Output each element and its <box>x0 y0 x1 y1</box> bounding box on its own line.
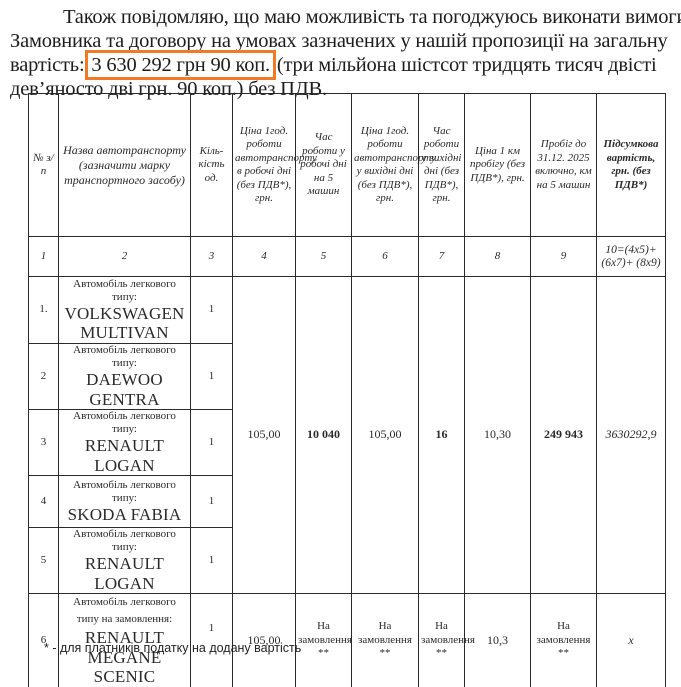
row-no: 4 <box>29 476 59 528</box>
col-num-9: 9 <box>531 237 597 277</box>
amount-in-words: (три мільйона шістсот тридцять тисяч дві… <box>277 54 657 76</box>
order-mileage: На замовлення ** <box>531 594 597 687</box>
header-price-hour-weekend: Ціна 1год. роботи автотранспорту у вихід… <box>352 94 419 237</box>
footnote: * - для платників податку на додану варт… <box>44 641 301 655</box>
header-total: Підсумкова вартість, грн. (без ПДВ*) <box>597 94 666 237</box>
intro-paragraph: Також повідомляю, що маю можливість та п… <box>10 0 662 101</box>
vehicle-name: Автомобіль легкового типу: VOLKSWAGEN MU… <box>59 277 191 344</box>
group-price-hour-workday: 105,00 <box>233 277 296 594</box>
vehicle-model: RENAULT MEGANE SCENIC <box>85 628 164 686</box>
intro-line-3: вартість: 3 630 292 грн 90 коп. (три міл… <box>10 53 662 77</box>
vehicle-qty: 1 <box>191 528 233 594</box>
group-price-km: 10,30 <box>465 277 531 594</box>
price-table: № з/ п Назва автотранспорту (зазначити м… <box>28 93 666 687</box>
row-no: 3 <box>29 410 59 476</box>
vehicle-qty: 1 <box>191 476 233 528</box>
vehicle-model: RENAULT LOGAN <box>85 436 164 475</box>
col-num-4: 4 <box>233 237 296 277</box>
order-hours-weekend: На замовлення ** <box>419 594 465 687</box>
order-price-hour-weekend: На замовлення ** <box>352 594 419 687</box>
col-num-1: 1 <box>29 237 59 277</box>
header-vehicle-name: Назва автотранспорту (зазначити марку тр… <box>59 94 191 237</box>
header-price-km: Ціна 1 км пробігу (без ПДВ*), грн. <box>465 94 531 237</box>
intro-line-2: Замовника та договору на умовах зазначен… <box>10 29 662 53</box>
vehicle-name: Автомобіль легкового типу: RENAULT LOGAN <box>59 528 191 594</box>
header-row: № з/ п Назва автотранспорту (зазначити м… <box>29 94 666 237</box>
col-num-10: 10=(4x5)+ (6x7)+ (8x9) <box>597 237 666 277</box>
vehicle-model: VOLKSWAGEN MULTIVAN <box>64 304 184 343</box>
vehicle-name: Автомобіль легкового типу: RENAULT LOGAN <box>59 410 191 476</box>
group-price-hour-weekend: 105,00 <box>352 277 419 594</box>
col-num-6: 6 <box>352 237 419 277</box>
highlighted-total-amount: 3 630 292 грн 90 коп. <box>89 54 272 76</box>
header-no: № з/ п <box>29 94 59 237</box>
order-total: x <box>597 594 666 687</box>
vehicle-model: SKODA FABIA <box>68 505 182 524</box>
col-num-2: 2 <box>59 237 191 277</box>
column-number-row: 1 2 3 4 5 6 7 8 9 10=(4x5)+ (6x7)+ (8x9) <box>29 237 666 277</box>
vehicle-qty: 1 <box>191 410 233 476</box>
intro-line-1: Також повідомляю, що маю можливість та п… <box>10 5 662 29</box>
header-hours-weekend: Час роботи у вихідні дні (без ПДВ*), грн… <box>419 94 465 237</box>
header-mileage: Пробіг до 31.12. 2025 включно, км на 5 м… <box>531 94 597 237</box>
amount-prefix: вартість: <box>10 54 84 76</box>
col-num-7: 7 <box>419 237 465 277</box>
vehicle-name: Автомобіль легкового типу: DAEWOO GENTRA <box>59 344 191 410</box>
col-num-3: 3 <box>191 237 233 277</box>
col-num-5: 5 <box>296 237 352 277</box>
group-mileage: 249 943 <box>531 277 597 594</box>
header-qty: Кіль-кість од. <box>191 94 233 237</box>
row-no: 1. <box>29 277 59 344</box>
vehicle-qty: 1 <box>191 344 233 410</box>
vehicle-model: RENAULT LOGAN <box>85 554 164 593</box>
table-row: 1. Автомобіль легкового типу: VOLKSWAGEN… <box>29 277 666 344</box>
vehicle-name: Автомобіль легкового типу: SKODA FABIA <box>59 476 191 528</box>
vehicle-model: DAEWOO GENTRA <box>86 370 163 409</box>
order-hours-workday: На замовлення ** <box>296 594 352 687</box>
header-price-hour-workday: Ціна 1год. роботи автотранспорту в робоч… <box>233 94 296 237</box>
row-no: 5 <box>29 528 59 594</box>
group-hours-workday: 10 040 <box>296 277 352 594</box>
vehicle-qty: 1 <box>191 277 233 344</box>
row-no: 2 <box>29 344 59 410</box>
group-hours-weekend: 16 <box>419 277 465 594</box>
group-total: 3630292,9 <box>597 277 666 594</box>
header-hours-workday: Час роботи у робочі дні на 5 машин <box>296 94 352 237</box>
col-num-8: 8 <box>465 237 531 277</box>
